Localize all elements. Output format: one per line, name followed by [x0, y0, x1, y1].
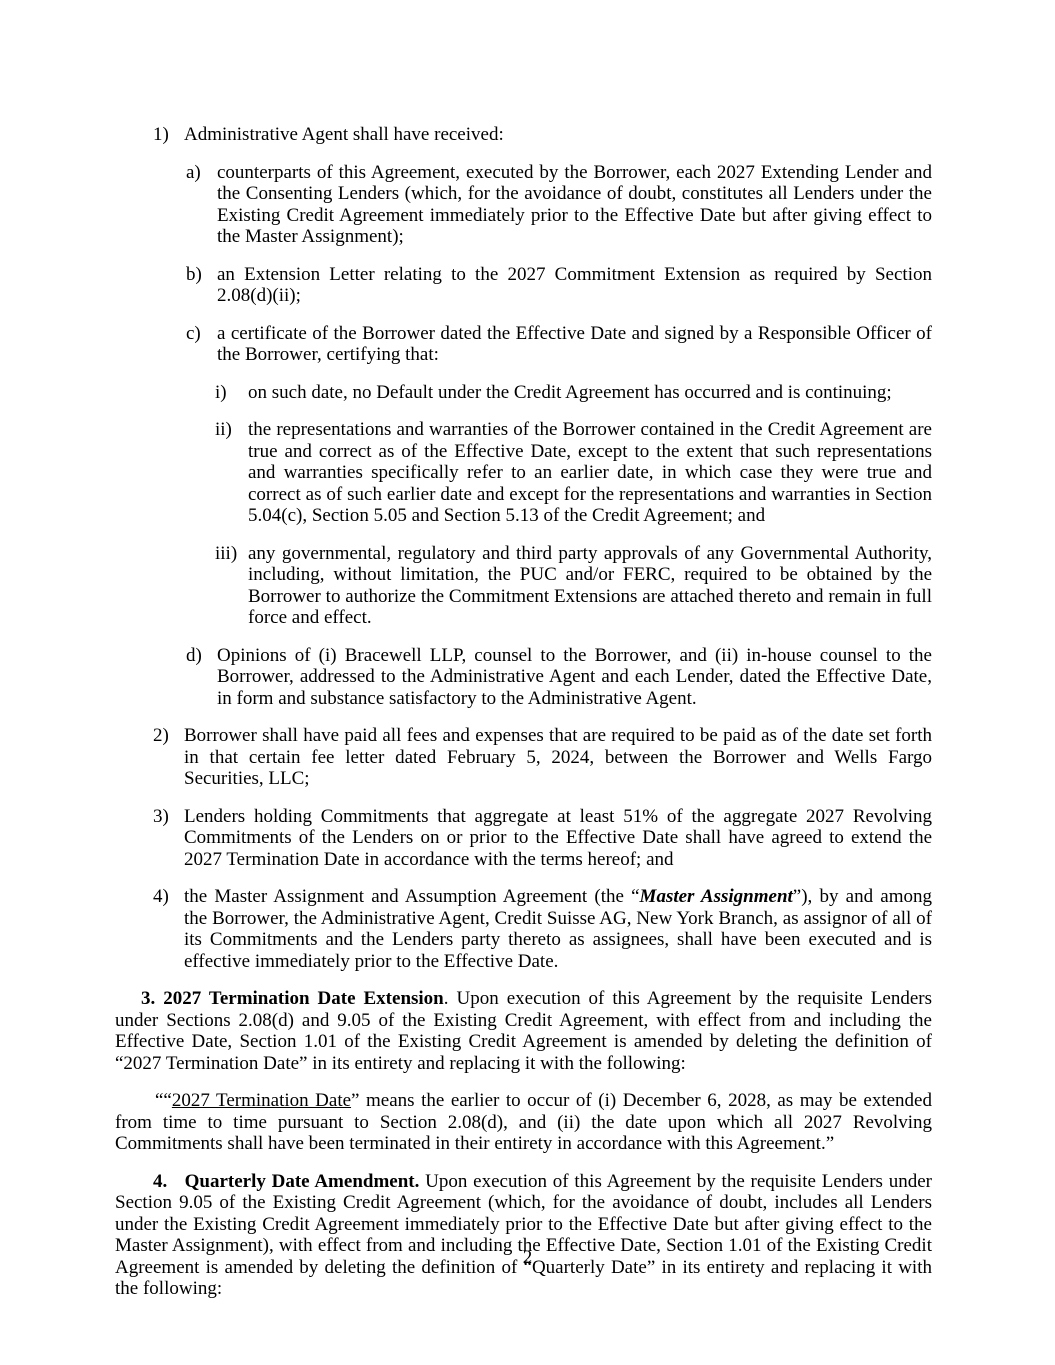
- page-content: 1) Administrative Agent shall have recei…: [115, 124, 932, 1300]
- list-marker-1: 1): [153, 124, 169, 146]
- list-item-1d: d) Opinions of (i) Bracewell LLP, counse…: [115, 645, 932, 710]
- list-item-1c-text: a certificate of the Borrower dated the …: [217, 323, 932, 366]
- defined-term-2027-termination-date: 2027 Termination Date: [172, 1090, 351, 1111]
- list-item-2-text: Borrower shall have paid all fees and ex…: [184, 725, 932, 789]
- list-item-1a-text: counterparts of this Agreement, executed…: [217, 162, 932, 248]
- list-item-2: 2) Borrower shall have paid all fees and…: [115, 725, 932, 790]
- list-item-1b: b) an Extension Letter relating to the 2…: [115, 264, 932, 307]
- list-item-1c: c) a certificate of the Borrower dated t…: [115, 323, 932, 366]
- list-marker-1c-ii: ii): [215, 419, 232, 441]
- quote-open: ““: [155, 1090, 172, 1111]
- list-marker-3: 3): [153, 806, 169, 828]
- page-number: 2: [0, 1247, 1055, 1269]
- list-item-1c-ii: ii) the representations and warranties o…: [115, 419, 932, 527]
- list-marker-1d: d): [186, 645, 202, 667]
- defined-term-master-assignment: Master Assignment: [640, 886, 793, 907]
- list-item-4-text-pre: the Master Assignment and Assumption Agr…: [184, 886, 640, 907]
- list-item-1a: a) counterparts of this Agreement, execu…: [115, 162, 932, 248]
- list-item-1d-text: Opinions of (i) Bracewell LLP, counsel t…: [217, 645, 932, 709]
- section-3-heading: 3. 2027 Termination Date Extension: [141, 988, 444, 1009]
- list-marker-4: 4): [153, 886, 169, 908]
- section-4-heading: 4. Quarterly Date Amendment.: [153, 1171, 419, 1192]
- list-marker-1c: c): [186, 323, 201, 345]
- list-item-1c-iii: iii) any governmental, regulatory and th…: [115, 543, 932, 629]
- list-marker-1c-i: i): [215, 382, 227, 404]
- quoted-definition-paragraph: ““2027 Termination Date” means the earli…: [115, 1090, 932, 1155]
- list-marker-1c-iii: iii): [215, 543, 237, 565]
- list-item-1-text: Administrative Agent shall have received…: [184, 124, 504, 145]
- list-item-1c-iii-text: any governmental, regulatory and third p…: [248, 543, 932, 629]
- list-marker-2: 2): [153, 725, 169, 747]
- list-item-1c-i: i) on such date, no Default under the Cr…: [115, 382, 932, 404]
- document-page: 1) Administrative Agent shall have recei…: [0, 0, 1055, 1365]
- list-item-1c-ii-text: the representations and warranties of th…: [248, 419, 932, 526]
- list-item-3-text: Lenders holding Commitments that aggrega…: [184, 806, 932, 870]
- list-item-1b-text: an Extension Letter relating to the 2027…: [217, 264, 932, 307]
- list-item-1: 1) Administrative Agent shall have recei…: [115, 124, 932, 146]
- list-marker-1b: b): [186, 264, 202, 286]
- list-marker-1a: a): [186, 162, 201, 184]
- section-3-paragraph: 3. 2027 Termination Date Extension. Upon…: [115, 988, 932, 1074]
- list-item-3: 3) Lenders holding Commitments that aggr…: [115, 806, 932, 871]
- list-item-1c-i-text: on such date, no Default under the Credi…: [248, 382, 892, 403]
- list-item-4: 4)the Master Assignment and Assumption A…: [115, 886, 932, 972]
- section-4-paragraph: 4. Quarterly Date Amendment. Upon execut…: [115, 1171, 932, 1300]
